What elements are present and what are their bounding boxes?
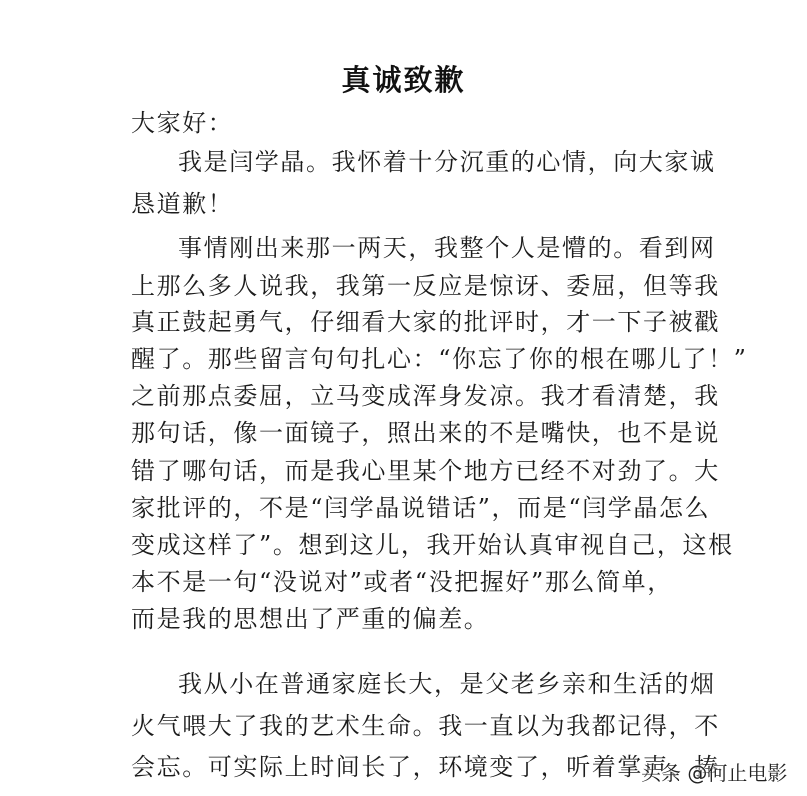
text-line: 会忘。可实际上时间长了，环境变了，听着掌声、捧 <box>131 752 661 782</box>
text-line: 那句话，像一面镜子，照出来的不是嘴快，也不是说 <box>131 418 661 448</box>
greeting: 大家好： <box>131 108 661 138</box>
watermark: 头条 @何止电影 <box>641 757 787 786</box>
text-line: 变成这样了”。想到这儿，我开始认真审视自己，这根 <box>131 530 661 560</box>
text-line: 而是我的思想出了严重的偏差。 <box>131 604 661 634</box>
document-title: 真诚致歉 <box>0 58 807 99</box>
text-line: 家批评的，不是“闫学晶说错话”，而是“闫学晶怎么 <box>131 493 661 523</box>
text-line: 事情刚出来那一两天，我整个人是懵的。看到网 <box>178 233 661 263</box>
text-line: 我是闫学晶。我怀着十分沉重的心情，向大家诚 <box>178 147 661 177</box>
text-line: 本不是一句“没说对”或者“没把握好”那么简单， <box>131 567 661 597</box>
document-page: 真诚致歉 大家好： 我是闫学晶。我怀着十分沉重的心情，向大家诚 恳道歉！ 事情刚… <box>0 0 807 796</box>
text-line: 醒了。那些留言句句扎心：“你忘了你的根在哪儿了！” <box>131 344 661 374</box>
text-line: 上那么多人说我，我第一反应是惊讶、委屈，但等我 <box>131 271 661 301</box>
text-line: 之前那点委屈，立马变成浑身发凉。我才看清楚，我 <box>131 381 661 411</box>
text-line: 错了哪句话，而是我心里某个地方已经不对劲了。大 <box>131 456 661 486</box>
text-line: 真正鼓起勇气，仔细看大家的批评时，才一下子被戳 <box>131 307 661 337</box>
text-line: 恳道歉！ <box>131 189 661 219</box>
text-line: 我从小在普通家庭长大，是父老乡亲和生活的烟 <box>178 669 661 699</box>
text-line: 火气喂大了我的艺术生命。我一直以为我都记得，不 <box>131 711 661 741</box>
